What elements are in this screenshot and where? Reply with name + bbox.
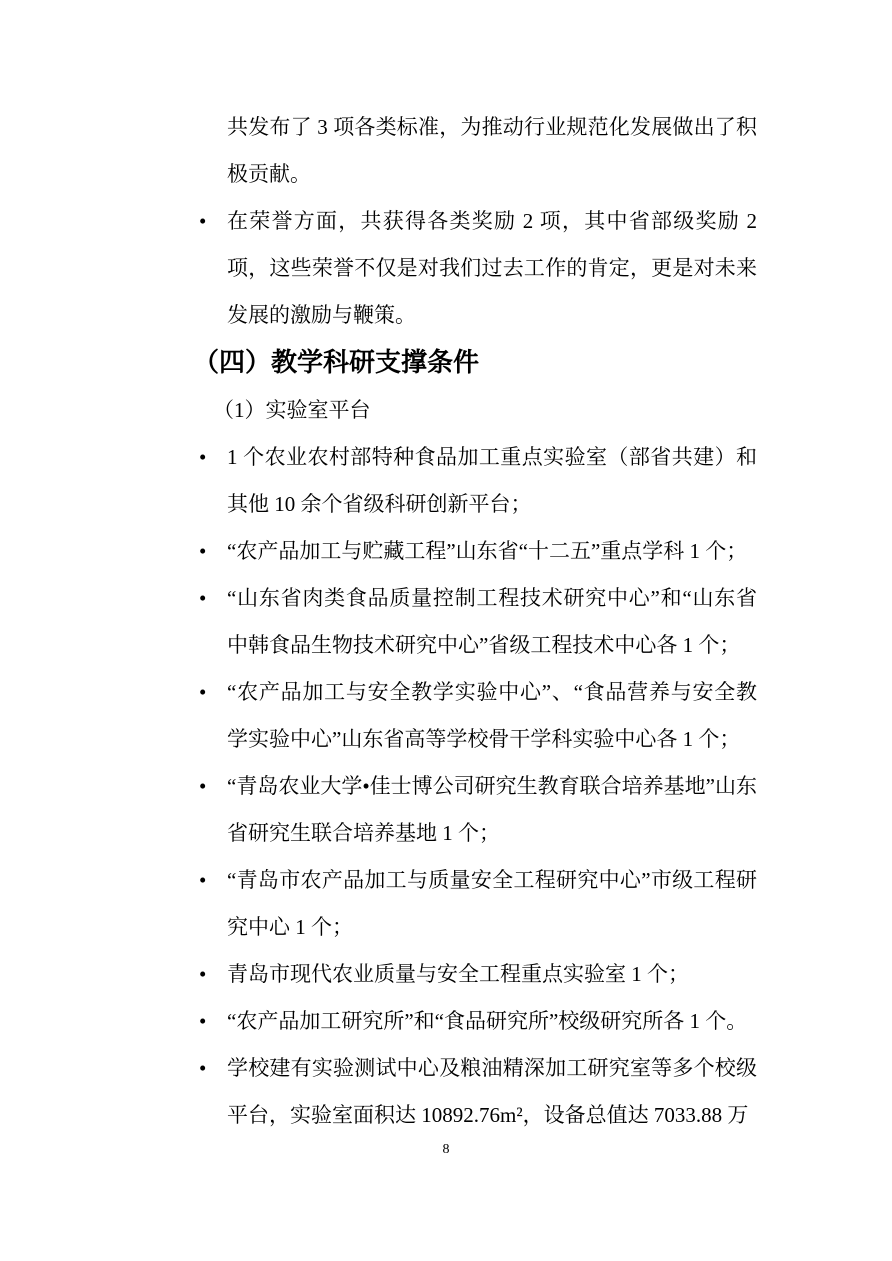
bullet-text: 学校建有实验测试中心及粮油精深加工研究室等多个校级平台，实验室面积达 10892… — [227, 1045, 757, 1139]
bullet-item: •“山东省肉类食品质量控制工程技术研究中心”和“山东省中韩食品生物技术研究中心”… — [193, 575, 757, 669]
page-number: 8 — [0, 1140, 892, 1160]
section-heading: （四）教学科研支撑条件 — [193, 339, 757, 387]
bullet-text: 青岛市现代农业质量与安全工程重点实验室 1 个； — [227, 951, 757, 998]
document-page: 共发布了 3 项各类标准，为推动行业规范化发展做出了积极贡献。•在荣誉方面，共获… — [0, 0, 892, 1261]
bullet-icon: • — [193, 434, 227, 481]
bullet-icon: • — [193, 575, 227, 622]
bullet-item: •“农产品加工研究所”和“食品研究所”校级研究所各 1 个。 — [193, 998, 757, 1045]
bullet-icon: • — [193, 198, 227, 245]
bullet-icon: • — [193, 669, 227, 716]
bullet-item: •“农产品加工与安全教学实验中心”、“食品营养与安全教学实验中心”山东省高等学校… — [193, 669, 757, 763]
bullet-icon: • — [193, 528, 227, 575]
bullet-icon: • — [193, 1045, 227, 1092]
bullet-text: “农产品加工与安全教学实验中心”、“食品营养与安全教学实验中心”山东省高等学校骨… — [227, 669, 757, 763]
bullet-item: •学校建有实验测试中心及粮油精深加工研究室等多个校级平台，实验室面积达 1089… — [193, 1045, 757, 1139]
bullet-item: •在荣誉方面，共获得各类奖励 2 项，其中省部级奖励 2 项，这些荣誉不仅是对我… — [193, 198, 757, 339]
bullet-item: •“青岛农业大学•佳士博公司研究生教育联合培养基地”山东省研究生联合培养基地 1… — [193, 763, 757, 857]
bullet-text: 1 个农业农村部特种食品加工重点实验室（部省共建）和其他 10 余个省级科研创新… — [227, 434, 757, 528]
bullet-icon: • — [193, 857, 227, 904]
paragraph-continuation: 共发布了 3 项各类标准，为推动行业规范化发展做出了积极贡献。 — [227, 104, 757, 198]
bullet-text: “农产品加工与贮藏工程”山东省“十二五”重点学科 1 个； — [227, 528, 757, 575]
document-body: 共发布了 3 项各类标准，为推动行业规范化发展做出了积极贡献。•在荣誉方面，共获… — [193, 104, 757, 1139]
bullet-icon: • — [193, 998, 227, 1045]
subsection-heading: （1）实验室平台 — [213, 387, 757, 434]
bullet-text: 在荣誉方面，共获得各类奖励 2 项，其中省部级奖励 2 项，这些荣誉不仅是对我们… — [227, 198, 757, 339]
bullet-item: •青岛市现代农业质量与安全工程重点实验室 1 个； — [193, 951, 757, 998]
bullet-text: “青岛市农产品加工与质量安全工程研究中心”市级工程研究中心 1 个； — [227, 857, 757, 951]
bullet-item: •1 个农业农村部特种食品加工重点实验室（部省共建）和其他 10 余个省级科研创… — [193, 434, 757, 528]
bullet-text: “青岛农业大学•佳士博公司研究生教育联合培养基地”山东省研究生联合培养基地 1 … — [227, 763, 757, 857]
bullet-item: •“青岛市农产品加工与质量安全工程研究中心”市级工程研究中心 1 个； — [193, 857, 757, 951]
bullet-item: •“农产品加工与贮藏工程”山东省“十二五”重点学科 1 个； — [193, 528, 757, 575]
bullet-icon: • — [193, 763, 227, 810]
bullet-text: “山东省肉类食品质量控制工程技术研究中心”和“山东省中韩食品生物技术研究中心”省… — [227, 575, 757, 669]
bullet-text: “农产品加工研究所”和“食品研究所”校级研究所各 1 个。 — [227, 998, 757, 1045]
bullet-icon: • — [193, 951, 227, 998]
